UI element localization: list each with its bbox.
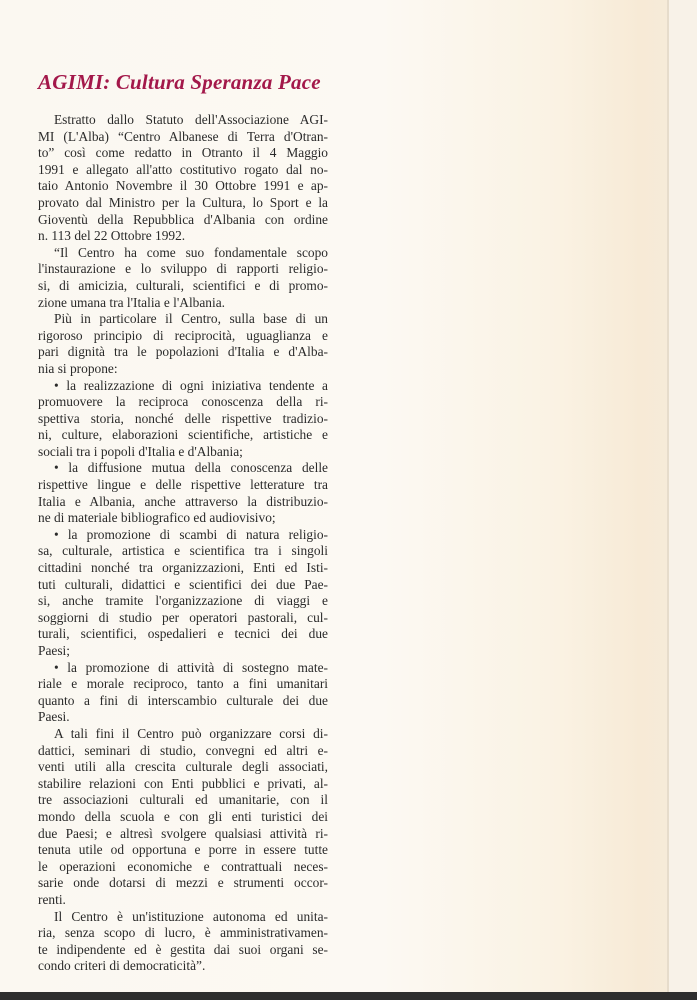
text-line: • la promozione di attività di sostegno … xyxy=(38,660,328,677)
text-line: sociali tra i popoli d'Italia e d'Albani… xyxy=(38,444,328,461)
text-line: tuti culturali, didattici e scientifici … xyxy=(38,577,328,594)
text-line: pari dignità tra le popolazioni d'Italia… xyxy=(38,344,328,361)
text-line: Estratto dallo Statuto dell'Associazione… xyxy=(38,112,328,129)
scanned-page: AGIMI: Cultura Speranza Pace Estratto da… xyxy=(0,0,697,1000)
text-line: si, di amicizia, culturali, scientifici … xyxy=(38,278,328,295)
text-line: dattici, seminari di studio, convegni ed… xyxy=(38,743,328,760)
text-line: ria, senza scopo di lucro, è amministrat… xyxy=(38,925,328,942)
text-line: condo criteri di democraticità”. xyxy=(38,958,328,975)
text-line: sa, culturale, artistica e scientifica t… xyxy=(38,543,328,560)
text-line: • la diffusione mutua della conoscenza d… xyxy=(38,460,328,477)
bullet-item: • la realizzazione di ogni iniziativa te… xyxy=(38,378,328,461)
text-line: due Paesi; e altresì svolgere qualsiasi … xyxy=(38,826,328,843)
text-line: Paesi. xyxy=(38,709,328,726)
text-line: soggiorni di studio per operatori pastor… xyxy=(38,610,328,627)
text-line: n. 113 del 22 Ottobre 1992. xyxy=(38,228,328,245)
text-line: Più in particolare il Centro, sulla base… xyxy=(38,311,328,328)
paragraph-intro: Estratto dallo Statuto dell'Associazione… xyxy=(38,112,328,245)
text-line: tre associazioni culturali ed umanitarie… xyxy=(38,792,328,809)
text-line: si, anche tramite l'organizzazione di vi… xyxy=(38,593,328,610)
page-margin-strip xyxy=(669,0,697,992)
text-line: provato dal Ministro per la Cultura, lo … xyxy=(38,195,328,212)
text-line: mondo della scuola e con gli enti turist… xyxy=(38,809,328,826)
text-line: Paesi; xyxy=(38,643,328,660)
text-line: venti utili alla crescita culturale degl… xyxy=(38,759,328,776)
text-line: taio Antonio Novembre il 30 Ottobre 1991… xyxy=(38,178,328,195)
text-line: ni, culture, elaborazioni scientifiche, … xyxy=(38,427,328,444)
text-line: to” così come redatto in Otranto il 4 Ma… xyxy=(38,145,328,162)
paragraph-autonomy: Il Centro è un'istituzione autonoma ed u… xyxy=(38,909,328,975)
text-line: • la promozione di scambi di natura reli… xyxy=(38,527,328,544)
text-line: Italia e Albania, anche attraverso la di… xyxy=(38,494,328,511)
text-line: cittadini nonché tra organizzazioni, Ent… xyxy=(38,560,328,577)
text-line: quanto a fini di interscambio culturale … xyxy=(38,693,328,710)
text-line: stabilire relazioni con Enti pubblici e … xyxy=(38,776,328,793)
text-line: A tali fini il Centro può organizzare co… xyxy=(38,726,328,743)
text-line: sarie onde dotarsi di mezzi e strumenti … xyxy=(38,875,328,892)
text-line: Gioventù della Repubblica d'Albania con … xyxy=(38,212,328,229)
bullet-item: • la diffusione mutua della conoscenza d… xyxy=(38,460,328,526)
paragraph-objectives-intro: Più in particolare il Centro, sulla base… xyxy=(38,311,328,377)
text-line: le operazioni economiche e contrattuali … xyxy=(38,859,328,876)
text-line: turali, scientifici, ospedalieri e tecni… xyxy=(38,626,328,643)
text-line: te indipendente ed è gestita dai suoi or… xyxy=(38,942,328,959)
text-line: zione umana tra l'Italia e l'Albania. xyxy=(38,295,328,312)
text-line: • la realizzazione di ogni iniziativa te… xyxy=(38,378,328,395)
text-line: promuovere la reciproca conoscenza della… xyxy=(38,394,328,411)
bullet-item: • la promozione di attività di sostegno … xyxy=(38,660,328,726)
text-line: nia si propone: xyxy=(38,361,328,378)
bullet-item: • la promozione di scambi di natura reli… xyxy=(38,527,328,660)
text-line: 1991 e allegato all'atto costitutivo rog… xyxy=(38,162,328,179)
text-line: tenuta utile od opportuna e porre in ess… xyxy=(38,842,328,859)
text-line: “Il Centro ha come suo fondamentale scop… xyxy=(38,245,328,262)
text-line: rispettive lingue e delle rispettive let… xyxy=(38,477,328,494)
text-line: rigoroso principio di reciprocità, uguag… xyxy=(38,328,328,345)
scan-bottom-edge xyxy=(0,992,697,1000)
text-line: MI (L'Alba) “Centro Albanese di Terra d'… xyxy=(38,129,328,146)
text-line: renti. xyxy=(38,892,328,909)
text-line: ne di materiale bibliografico ed audiovi… xyxy=(38,510,328,527)
text-line: spettiva storia, nonché delle rispettive… xyxy=(38,411,328,428)
paragraph-purpose: “Il Centro ha come suo fondamentale scop… xyxy=(38,245,328,311)
text-line: riale e morale reciproco, tanto a fini u… xyxy=(38,676,328,693)
text-line: Il Centro è un'istituzione autonoma ed u… xyxy=(38,909,328,926)
statute-excerpt: Estratto dallo Statuto dell'Associazione… xyxy=(38,112,328,975)
page-title: AGIMI: Cultura Speranza Pace xyxy=(38,70,321,95)
paragraph-activities: A tali fini il Centro può organizzare co… xyxy=(38,726,328,909)
text-line: l'instaurazione e lo sviluppo di rapport… xyxy=(38,261,328,278)
